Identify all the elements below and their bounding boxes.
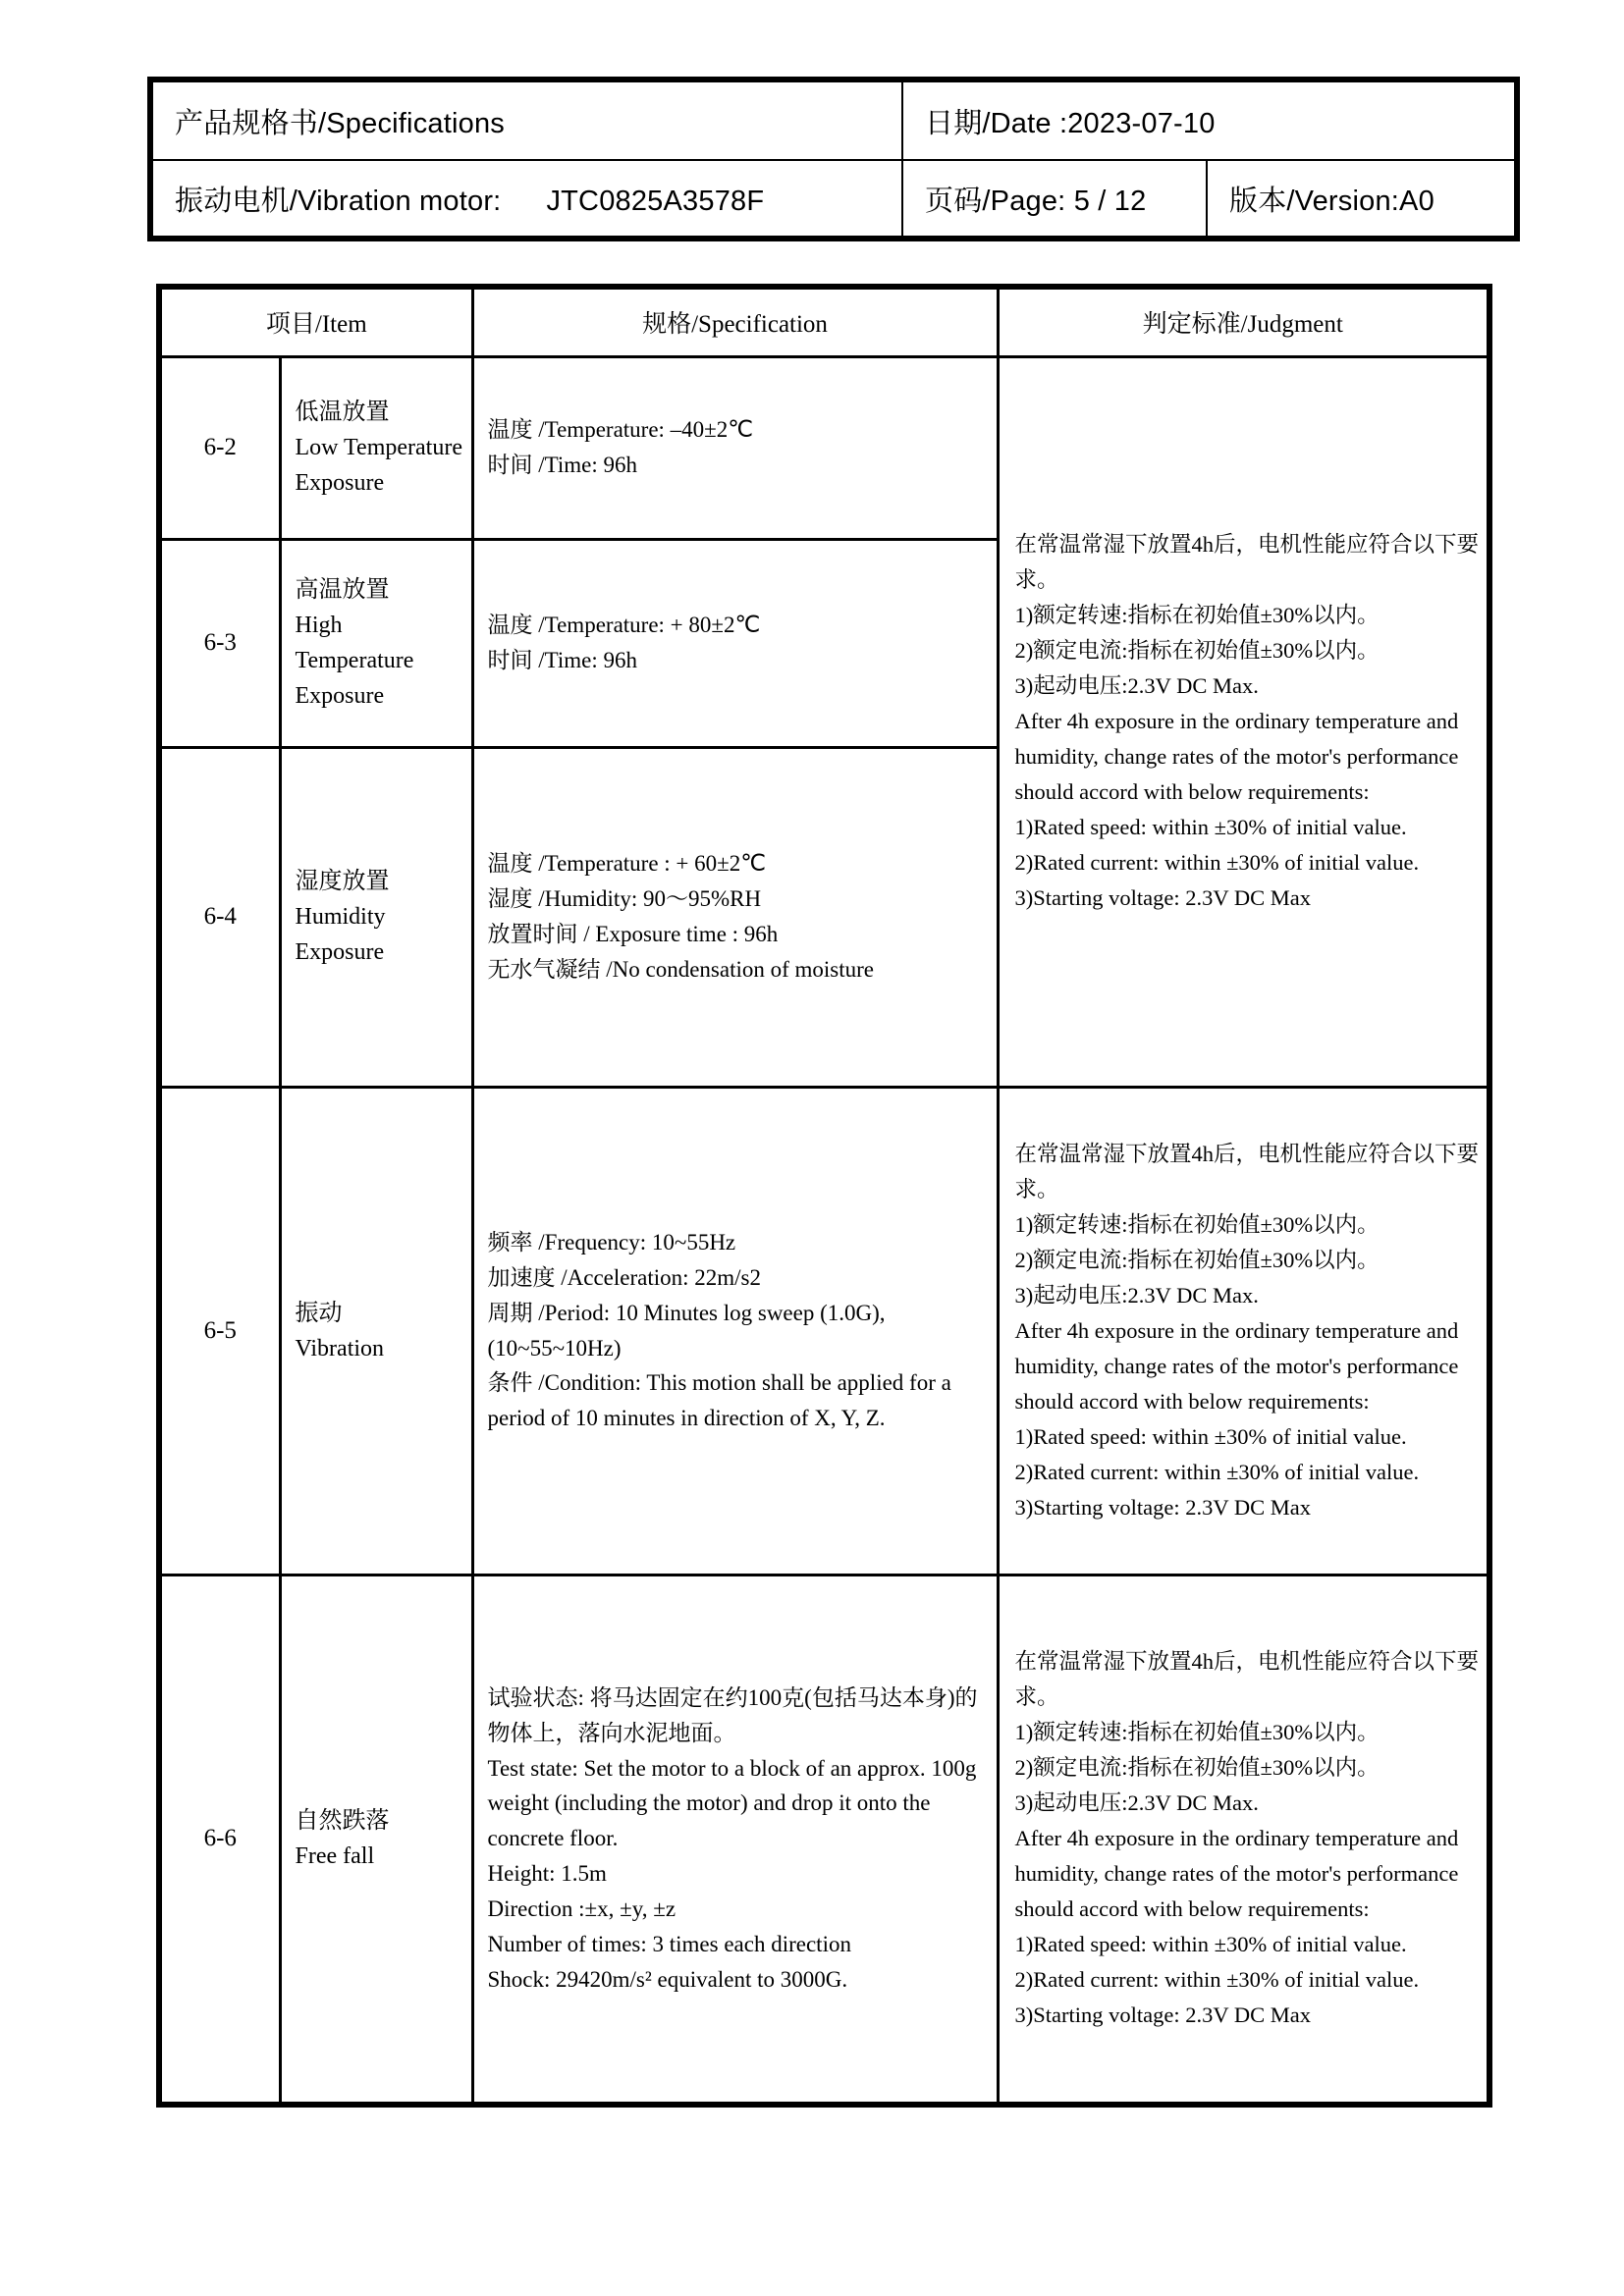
judgment-line-en: 3)Starting voltage: 2.3V DC Max xyxy=(1015,881,1480,916)
col-header-spec: 规格/Specification xyxy=(472,287,998,356)
doc-title: 产品规格书/Specifications xyxy=(150,80,902,160)
judgment-line-en: After 4h exposure in the ordinary temper… xyxy=(1015,704,1480,810)
spec-6-5: 频率 /Frequency: 10~55Hz 加速度 /Acceleration… xyxy=(472,1087,998,1575)
judgment-line-en: 1)Rated speed: within ±30% of initial va… xyxy=(1015,1419,1480,1455)
judgment-line-cn: 2)额定电流:指标在初始值±30%以内。 xyxy=(1015,1750,1480,1786)
item-id-6-3: 6-3 xyxy=(159,539,280,747)
judgment-line-cn: 1)额定转速:指标在初始值±30%以内。 xyxy=(1015,598,1480,633)
document-header-table: 产品规格书/Specifications 日期/Date :2023-07-10… xyxy=(147,77,1520,241)
item-name-6-6: 自然跌落 Free fall xyxy=(280,1575,472,2105)
judgment-line-en: 2)Rated current: within ±30% of initial … xyxy=(1015,845,1480,881)
judgment-line-en: 2)Rated current: within ±30% of initial … xyxy=(1015,1962,1480,1998)
judgment-line-en: After 4h exposure in the ordinary temper… xyxy=(1015,1313,1480,1419)
spec-line: 试验状态: 将马达固定在约100克(包括马达本身)的物体上，落向水泥地面。 xyxy=(488,1681,987,1751)
spec-line: 湿度 /Humidity: 90～95%RH xyxy=(488,881,987,917)
motor-label: 振动电机/Vibration motor: xyxy=(175,186,501,217)
item-name-en: Free fall xyxy=(296,1839,465,1874)
item-name-cn: 振动 xyxy=(296,1296,465,1331)
judgment-line-en: 1)Rated speed: within ±30% of initial va… xyxy=(1015,1927,1480,1962)
spec-line: Direction :±x, ±y, ±z xyxy=(488,1892,987,1927)
judgment-line-cn: 在常温常湿下放置4h后，电机性能应符合以下要求。 xyxy=(1015,527,1480,598)
spec-line: 时间 /Time: 96h xyxy=(488,448,987,483)
judgment-line-en: 3)Starting voltage: 2.3V DC Max xyxy=(1015,1490,1480,1525)
spec-line: 频率 /Frequency: 10~55Hz xyxy=(488,1225,987,1260)
item-name-cn: 低温放置 xyxy=(296,395,465,430)
spec-line: Height: 1.5m xyxy=(488,1856,987,1892)
spec-line: 条件 /Condition: This motion shall be appl… xyxy=(488,1365,987,1436)
spec-line: 无水气凝结 /No condensation of moisture xyxy=(488,952,987,988)
doc-product-cell: 振动电机/Vibration motor:JTC0825A3578F xyxy=(150,160,902,239)
spec-line: 温度 /Temperature: –40±2℃ xyxy=(488,412,987,448)
item-name-6-4: 湿度放置 Humidity Exposure xyxy=(280,747,472,1087)
judgment-line-cn: 3)起动电压:2.3V DC Max. xyxy=(1015,1786,1480,1821)
judgment-line-cn: 3)起动电压:2.3V DC Max. xyxy=(1015,668,1480,704)
item-name-cn: 湿度放置 xyxy=(296,864,465,899)
judgment-line-cn: 2)额定电流:指标在初始值±30%以内。 xyxy=(1015,1243,1480,1278)
spec-table-header-row: 项目/Item 规格/Specification 判定标准/Judgment xyxy=(159,287,1489,356)
spec-line: 放置时间 / Exposure time : 96h xyxy=(488,917,987,952)
item-name-en: High Temperature Exposure xyxy=(296,608,465,714)
spec-line: 温度 /Temperature : + 60±2℃ xyxy=(488,846,987,881)
item-name-en: Low Temperature Exposure xyxy=(296,430,465,501)
spec-6-4: 温度 /Temperature : + 60±2℃ 湿度 /Humidity: … xyxy=(472,747,998,1087)
doc-page: 页码/Page: 5 / 12 xyxy=(902,160,1207,239)
col-header-judgment: 判定标准/Judgment xyxy=(998,287,1489,356)
item-id-6-4: 6-4 xyxy=(159,747,280,1087)
judgment-6-6: 在常温常湿下放置4h后，电机性能应符合以下要求。 1)额定转速:指标在初始值±3… xyxy=(998,1575,1489,2105)
judgment-line-en: After 4h exposure in the ordinary temper… xyxy=(1015,1821,1480,1927)
header-row-1: 产品规格书/Specifications 日期/Date :2023-07-10 xyxy=(150,80,1517,160)
judgment-line-en: 1)Rated speed: within ±30% of initial va… xyxy=(1015,810,1480,845)
judgment-6-5: 在常温常湿下放置4h后，电机性能应符合以下要求。 1)额定转速:指标在初始值±3… xyxy=(998,1087,1489,1575)
judgment-line-cn: 在常温常湿下放置4h后，电机性能应符合以下要求。 xyxy=(1015,1644,1480,1715)
spec-6-6: 试验状态: 将马达固定在约100克(包括马达本身)的物体上，落向水泥地面。 Te… xyxy=(472,1575,998,2105)
judgment-line-cn: 1)额定转速:指标在初始值±30%以内。 xyxy=(1015,1207,1480,1243)
spec-line: 加速度 /Acceleration: 22m/s2 xyxy=(488,1260,987,1296)
spec-6-3: 温度 /Temperature: + 80±2℃ 时间 /Time: 96h xyxy=(472,539,998,747)
spec-line: 周期 /Period: 10 Minutes log sweep (1.0G),… xyxy=(488,1296,987,1366)
judgment-6-2-to-6-4: 在常温常湿下放置4h后，电机性能应符合以下要求。 1)额定转速:指标在初始值±3… xyxy=(998,356,1489,1087)
item-name-en: Humidity Exposure xyxy=(296,899,465,970)
item-name-cn: 自然跌落 xyxy=(296,1803,465,1839)
table-row-6-6: 6-6 自然跌落 Free fall 试验状态: 将马达固定在约100克(包括马… xyxy=(159,1575,1489,2105)
spec-table: 项目/Item 规格/Specification 判定标准/Judgment 6… xyxy=(156,284,1492,2108)
spec-line: Shock: 29420m/s² equivalent to 3000G. xyxy=(488,1962,987,1998)
item-name-6-5: 振动 Vibration xyxy=(280,1087,472,1575)
item-id-6-5: 6-5 xyxy=(159,1087,280,1575)
item-name-6-3: 高温放置 High Temperature Exposure xyxy=(280,539,472,747)
header-row-2: 振动电机/Vibration motor:JTC0825A3578F 页码/Pa… xyxy=(150,160,1517,239)
col-header-item: 项目/Item xyxy=(159,287,472,356)
doc-date: 日期/Date :2023-07-10 xyxy=(902,80,1517,160)
judgment-line-en: 2)Rated current: within ±30% of initial … xyxy=(1015,1455,1480,1490)
spec-line: 温度 /Temperature: + 80±2℃ xyxy=(488,608,987,643)
table-row-6-2: 6-2 低温放置 Low Temperature Exposure 温度 /Te… xyxy=(159,356,1489,539)
judgment-line-cn: 2)额定电流:指标在初始值±30%以内。 xyxy=(1015,633,1480,668)
item-name-en: Vibration xyxy=(296,1331,465,1366)
judgment-line-en: 3)Starting voltage: 2.3V DC Max xyxy=(1015,1998,1480,2033)
spec-line: 时间 /Time: 96h xyxy=(488,643,987,678)
item-name-cn: 高温放置 xyxy=(296,572,465,608)
spec-line: Number of times: 3 times each direction xyxy=(488,1927,987,1962)
item-name-6-2: 低温放置 Low Temperature Exposure xyxy=(280,356,472,539)
motor-model: JTC0825A3578F xyxy=(546,186,764,217)
item-id-6-2: 6-2 xyxy=(159,356,280,539)
item-id-6-6: 6-6 xyxy=(159,1575,280,2105)
judgment-line-cn: 3)起动电压:2.3V DC Max. xyxy=(1015,1278,1480,1313)
spec-6-2: 温度 /Temperature: –40±2℃ 时间 /Time: 96h xyxy=(472,356,998,539)
table-row-6-5: 6-5 振动 Vibration 频率 /Frequency: 10~55Hz … xyxy=(159,1087,1489,1575)
judgment-line-cn: 在常温常湿下放置4h后，电机性能应符合以下要求。 xyxy=(1015,1137,1480,1207)
judgment-line-cn: 1)额定转速:指标在初始值±30%以内。 xyxy=(1015,1715,1480,1750)
spec-line: Test state: Set the motor to a block of … xyxy=(488,1751,987,1857)
doc-version: 版本/Version:A0 xyxy=(1207,160,1517,239)
